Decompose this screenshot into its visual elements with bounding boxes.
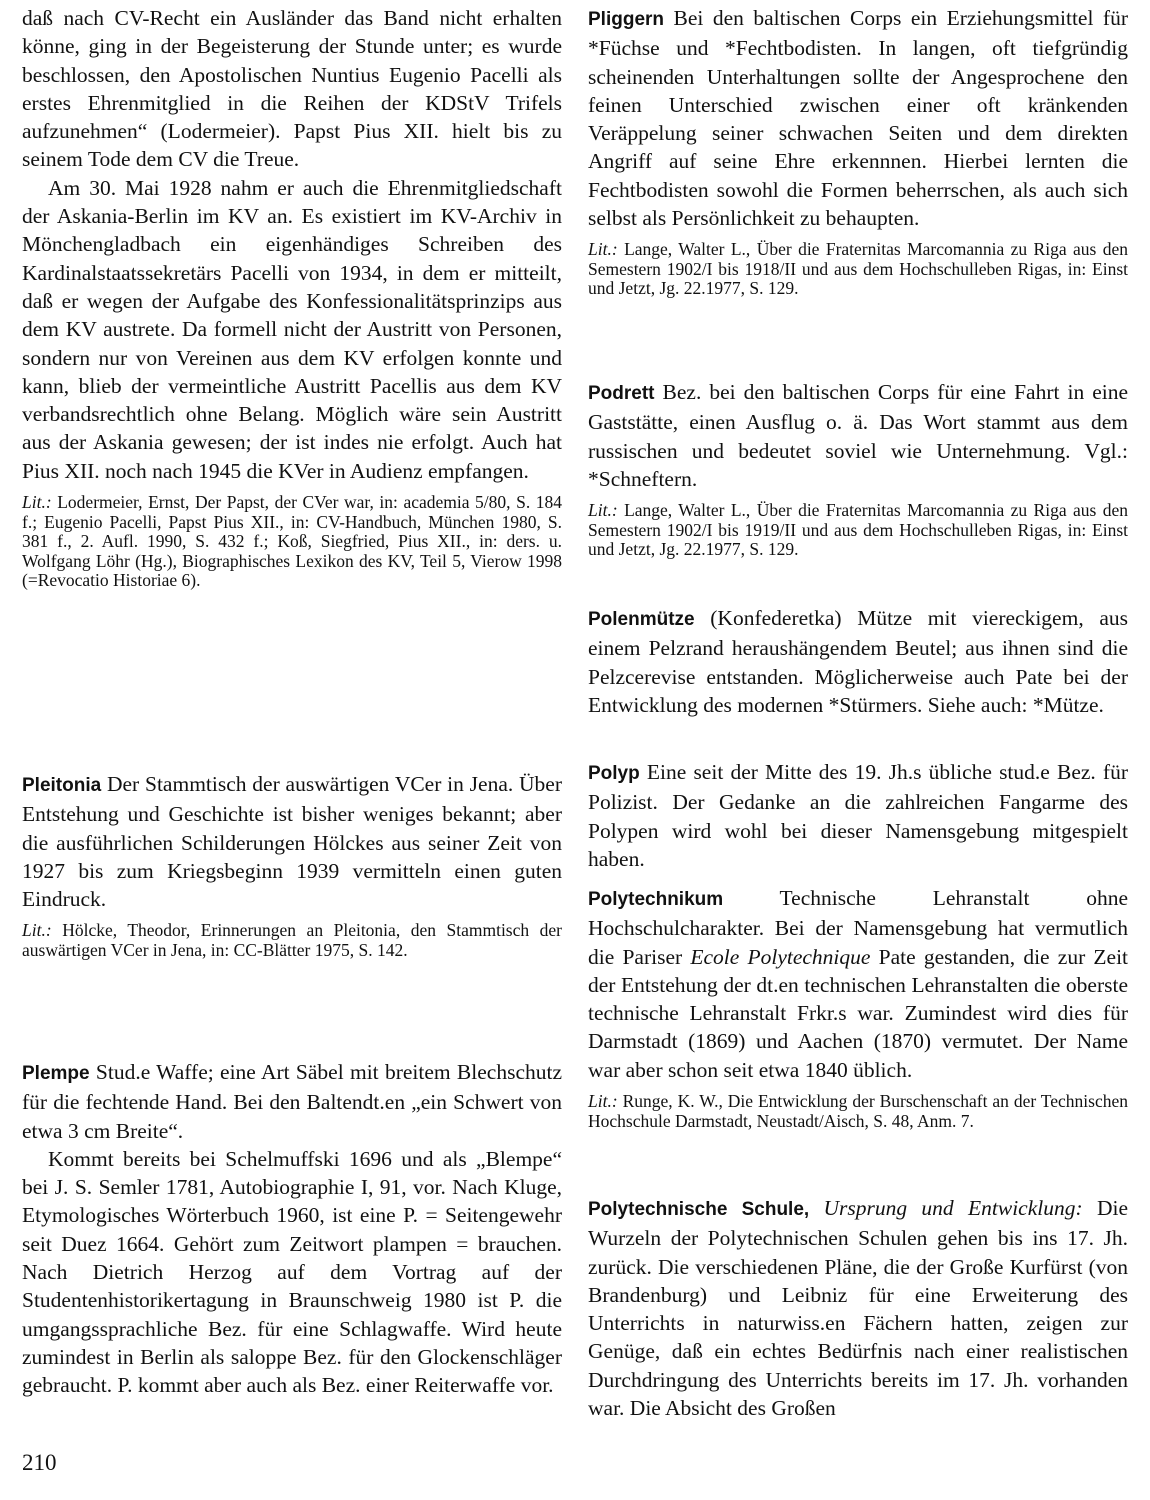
headword: Polytechnikum [588,889,723,910]
entry-pleitonia: Pleitonia Der Stammtisch der auswärtigen… [22,770,562,960]
lit-label: Lit.: [588,500,618,520]
lit-text: Lodermeier, Ernst, Der Papst, der CVer w… [22,492,562,590]
headword: Polyp [588,763,640,784]
definition: Stud.e Waffe; eine Art Säbel mit breitem… [22,1060,562,1143]
entry-podrett: Podrett Bez. bei den baltischen Corps fü… [588,378,1128,560]
entry-pacelli-continued: daß nach CV-Recht ein Ausländer das Band… [22,4,562,591]
entry-text: Polenmütze (Konfederetka) Mütze mit vier… [588,604,1128,719]
literature-reference: Lit.: Lodermeier, Ernst, Der Papst, der … [22,493,562,591]
lit-text: Lange, Walter L., Über die Fraternitas M… [588,500,1128,559]
paragraph: daß nach CV-Recht ein Ausländer das Band… [22,4,562,174]
entry-polytechnische-schule: Polytechnische Schule, Ursprung und Entw… [588,1194,1128,1422]
definition: Bei den baltischen Corps ein Erziehungsm… [588,6,1128,230]
literature-reference: Lit.: Runge, K. W., Die Entwicklung der … [588,1092,1128,1131]
lit-label: Lit.: [22,492,52,512]
literature-reference: Lit.: Lange, Walter L., Über die Fratern… [588,501,1128,560]
definition: Der Stammtisch der auswärtigen VCer in J… [22,772,562,911]
page-number: 210 [22,1450,57,1476]
entry-plempe: Plempe Stud.e Waffe; eine Art Säbel mit … [22,1058,562,1400]
entry-text: Polytechnische Schule, Ursprung und Entw… [588,1194,1128,1422]
headword: Polenmütze [588,609,695,630]
definition: Die Wurzeln der Polytechnischen Schulen … [588,1196,1128,1420]
entry-text: Polyp Eine seit der Mitte des 19. Jh.s ü… [588,758,1128,873]
entry-pliggern: Pliggern Bei den baltischen Corps ein Er… [588,4,1128,299]
literature-reference: Lit.: Hölcke, Theodor, Erinnerungen an P… [22,921,562,960]
headword: Polytechnische Schule, [588,1199,809,1220]
entry-polyp: Polyp Eine seit der Mitte des 19. Jh.s ü… [588,758,1128,873]
entry-text: Podrett Bez. bei den baltischen Corps fü… [588,378,1128,493]
subtitle: Ursprung und Entwicklung: [824,1196,1083,1220]
lit-label: Lit.: [588,1091,618,1111]
lit-label: Lit.: [22,920,52,940]
entry-polenmuetze: Polenmütze (Konfederetka) Mütze mit vier… [588,604,1128,719]
lit-text: Lange, Walter L., Über die Fraternitas M… [588,239,1128,298]
italic-term: Ecole Polytechnique [690,945,870,969]
headword: Pliggern [588,9,664,30]
lit-text: Runge, K. W., Die Entwicklung der Bursch… [588,1091,1128,1131]
paragraph: Kommt bereits bei Schelmuffski 1696 und … [22,1145,562,1400]
headword: Pleitonia [22,775,101,796]
entry-text: Pleitonia Der Stammtisch der auswärtigen… [22,770,562,913]
definition: Bez. bei den baltischen Corps für eine F… [588,380,1128,491]
literature-reference: Lit.: Lange, Walter L., Über die Fratern… [588,240,1128,299]
entry-text: Pliggern Bei den baltischen Corps ein Er… [588,4,1128,232]
headword: Podrett [588,383,655,404]
definition: Eine seit der Mitte des 19. Jh.s übliche… [588,760,1128,871]
lit-label: Lit.: [588,239,618,259]
entry-polytechnikum: Polytechnikum Technische Lehranstalt ohn… [588,884,1128,1131]
lit-text: Hölcke, Theodor, Erinnerungen an Pleiton… [22,920,562,960]
entry-text: Plempe Stud.e Waffe; eine Art Säbel mit … [22,1058,562,1145]
entry-text: Polytechnikum Technische Lehranstalt ohn… [588,884,1128,1084]
headword: Plempe [22,1063,90,1084]
paragraph: Am 30. Mai 1928 nahm er auch die Ehrenmi… [22,174,562,485]
